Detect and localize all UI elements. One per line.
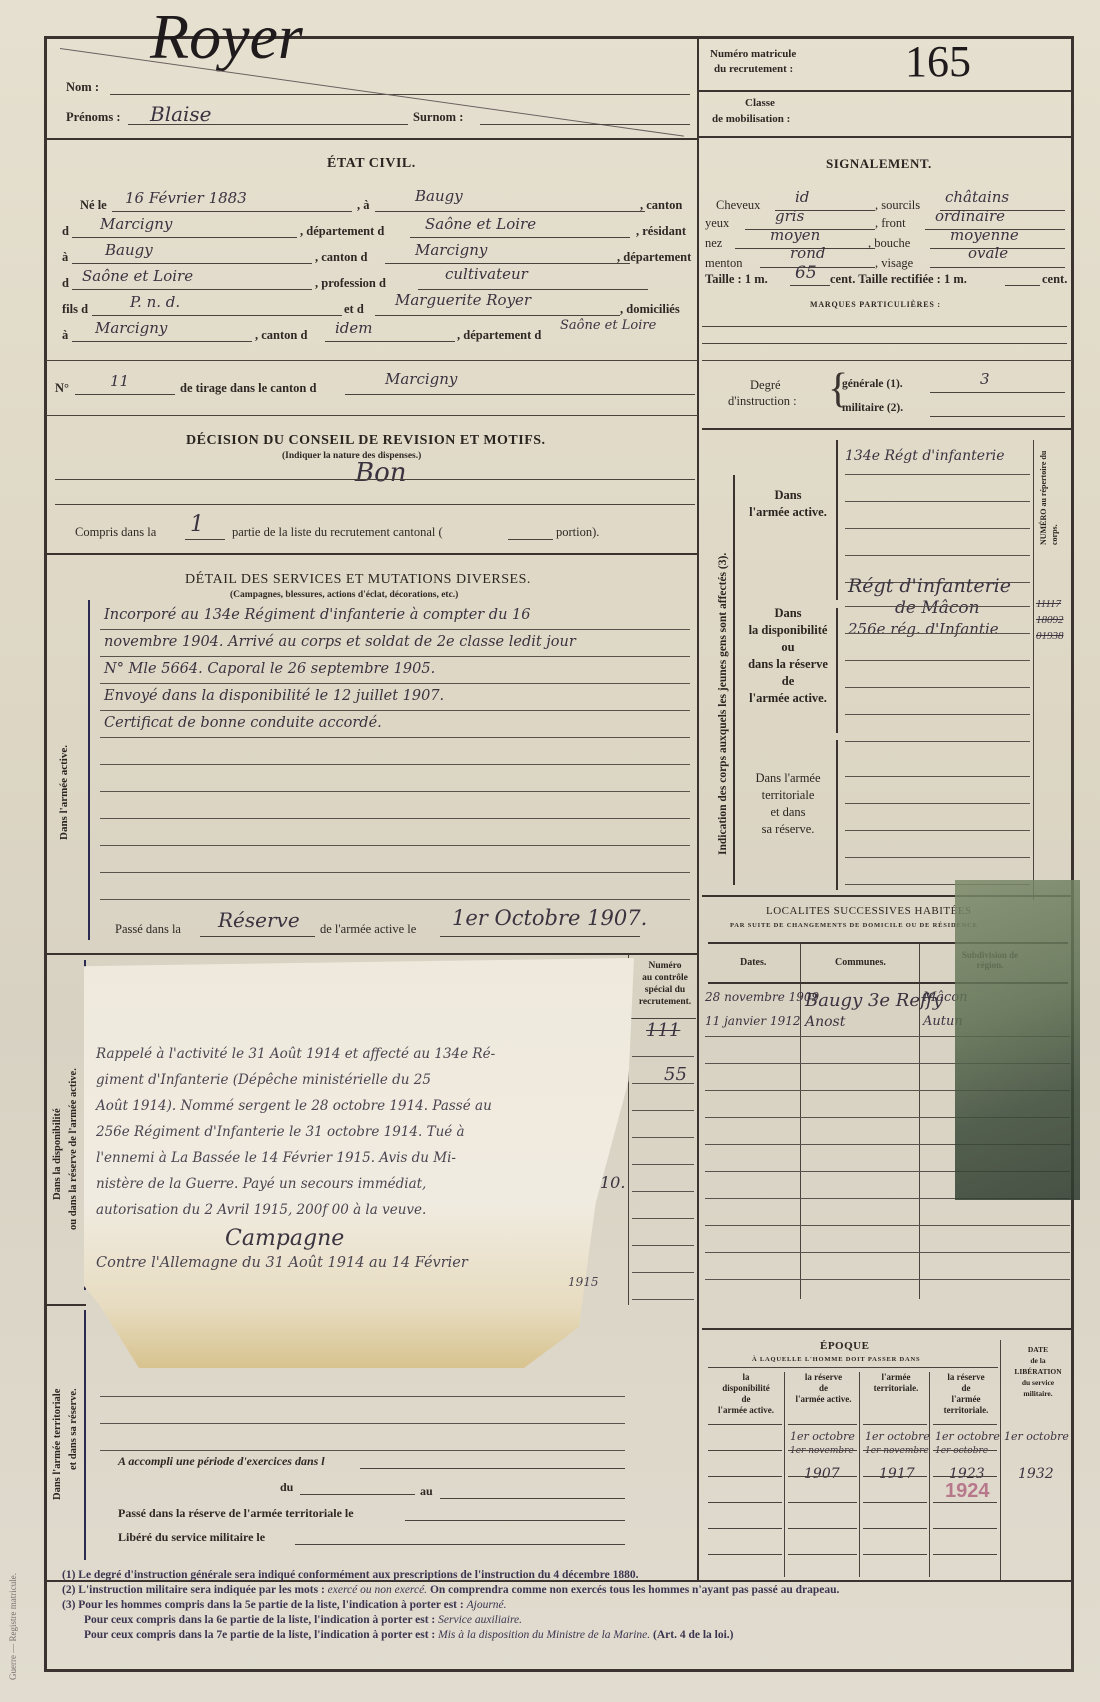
- divider: [702, 428, 1072, 430]
- epoque-col-header: la réservedel'armée active.: [786, 1372, 861, 1405]
- accompli-label: A accompli une période d'exercices dans …: [118, 1454, 325, 1469]
- passe-value: Réserve: [218, 908, 300, 932]
- field-line: [72, 237, 297, 238]
- service-line: novembre 1904. Arrivé au corps et soldat…: [104, 631, 694, 658]
- column-divider: [697, 38, 699, 1580]
- epoque-col-header-line: territoriale.: [861, 1383, 931, 1394]
- bouche-label: , bouche: [868, 236, 910, 251]
- slip-line: autorisation du 2 Avril 1915, 200f 00 à …: [96, 1198, 636, 1224]
- marques-label: MARQUES PARTICULIÈRES :: [810, 300, 941, 309]
- field-line: [1005, 285, 1040, 286]
- service-line: Incorporé au 134e Régiment d'infanterie …: [104, 604, 694, 631]
- footnote-2: (2) L'instruction militaire sera indiqué…: [62, 1583, 839, 1598]
- field-line: [760, 267, 875, 268]
- nom-label: Nom :: [66, 80, 99, 95]
- epoque-row-line: [708, 1450, 782, 1451]
- epoque-value-top: 1er octobre: [935, 1430, 1000, 1443]
- decision-title: DÉCISION DU CONSEIL DE REVISION ET MOTIF…: [186, 433, 546, 449]
- dispo-brace: [836, 608, 838, 733]
- field-line: [418, 289, 648, 290]
- sourcils-label: , sourcils: [875, 198, 920, 213]
- field-line: [200, 936, 315, 937]
- liberation-value-year: 1932: [1018, 1466, 1054, 1482]
- dom-a-label: à: [62, 328, 68, 343]
- footnote-3-italic: Ajourné.: [467, 1599, 507, 1611]
- epoque-col-header-line: la réserve: [786, 1372, 861, 1383]
- active-label-line: l'armée active.: [738, 504, 838, 521]
- divider: [702, 1328, 1072, 1330]
- epoque-row-line: [788, 1476, 857, 1477]
- a-value: Baugy: [415, 187, 463, 205]
- dispo-label-line: ou: [738, 639, 838, 656]
- dispo-label-line: Dans: [738, 605, 838, 622]
- passe-territoriale-label: Passé dans la réserve de l'armée territo…: [118, 1506, 354, 1521]
- field-line: [375, 211, 645, 212]
- departement2-d-label: d: [62, 276, 69, 291]
- epoque-col-line: [859, 1372, 860, 1577]
- field-line: [55, 479, 695, 480]
- territoriale-label-line: et dans: [738, 804, 838, 821]
- passe-mid-label: de l'armée active le: [320, 922, 416, 937]
- footnote-2-text: (2) L'instruction militaire sera indiqué…: [62, 1584, 325, 1596]
- canton-label: , canton: [640, 198, 682, 213]
- field-line: [405, 1520, 625, 1521]
- epoque-row-line: [708, 1554, 782, 1555]
- etat-civil-title: ÉTAT CIVIL.: [327, 156, 416, 172]
- epoque-row-line: [863, 1450, 927, 1451]
- domicilies-label: , domiciliés: [620, 302, 680, 317]
- controle-label-line: au contrôle: [634, 972, 696, 984]
- field-line: [702, 343, 1067, 344]
- epoque-row-line: [933, 1476, 997, 1477]
- date-title-line: DATE: [1004, 1344, 1072, 1355]
- du-label: du: [280, 1480, 293, 1495]
- field-line: [185, 539, 225, 540]
- reserve-side-label-1: Dans la disponibilité: [52, 1108, 63, 1200]
- controle-label: Numéroau contrôlespécial durecrutement.: [634, 960, 696, 1008]
- epoque-col-line: [929, 1372, 930, 1577]
- field-line: [930, 416, 1065, 417]
- epoque-row-line: [708, 1424, 782, 1425]
- divider: [699, 136, 1072, 138]
- epoque-col-header-line: l'armée: [931, 1394, 1001, 1405]
- slip-line: 256e Régiment d'Infanterie le 31 octobre…: [96, 1120, 636, 1146]
- footnote-5-text: Pour ceux compris dans la 7e partie de l…: [84, 1629, 435, 1641]
- epoque-col-header: la réservedel'arméeterritoriale.: [931, 1372, 1001, 1416]
- epoque-col-header-line: l'armée active.: [786, 1394, 861, 1405]
- residant-value: Baugy: [105, 241, 153, 259]
- epoque-row-line: [933, 1502, 997, 1503]
- epoque-col-header-line: territoriale.: [931, 1405, 1001, 1416]
- territoriale-brace: [836, 740, 838, 890]
- epoque-row-line: [933, 1424, 997, 1425]
- bouche-value: moyenne: [950, 226, 1019, 244]
- dom-canton-label: , canton d: [255, 328, 307, 343]
- divider: [46, 1304, 86, 1306]
- epoque-col-header-line: de: [931, 1383, 1001, 1394]
- margin-mark: 10.: [600, 1173, 625, 1192]
- divider: [46, 953, 698, 955]
- departement2-label: , département: [617, 250, 691, 265]
- epoque-row-line: [933, 1528, 997, 1529]
- footnote-5-italic: Mis à la disposition du Ministre de la M…: [438, 1629, 650, 1641]
- field-line: [360, 1468, 625, 1469]
- territoriale-side-label-2: et dans sa réserve.: [68, 1388, 79, 1470]
- matricule-value: 165: [905, 36, 971, 87]
- residant-a-label: à: [62, 250, 68, 265]
- active-ruled-lines: [845, 448, 1030, 583]
- slip-line: giment d'Infanterie (Dépêche ministériel…: [96, 1068, 636, 1094]
- localites-subtitle: PAR SUITE DE CHANGEMENTS DE DOMICILE OU …: [730, 922, 978, 929]
- campagne-line: Contre l'Allemagne du 31 Août 1914 au 14…: [96, 1255, 468, 1271]
- epoque-col-header-line: la: [706, 1372, 786, 1383]
- service-line: Envoyé dans la disponibilité le 12 juill…: [104, 685, 694, 712]
- sourcils-value: châtains: [945, 188, 1009, 206]
- footnote-5-rest: (Art. 4 de la loi.): [653, 1629, 733, 1641]
- territoriale-ruled-lines: [100, 1370, 625, 1451]
- footnote-4-italic: Service auxiliaire.: [438, 1614, 522, 1626]
- epoque-value-day: 1er novembre: [790, 1446, 854, 1456]
- controle-label-line: spécial du: [634, 984, 696, 996]
- taille-label: Taille : 1 m.: [705, 272, 768, 287]
- front-label: , front: [875, 216, 906, 231]
- ne-le-label: Né le: [80, 198, 107, 213]
- dom-value: Marcigny: [95, 319, 167, 337]
- field-line: [55, 504, 695, 505]
- date-title-line: LIBÉRATION: [1004, 1366, 1072, 1377]
- tirage-canton-value: Marcigny: [385, 370, 457, 388]
- footnote-3: (3) Pour les hommes compris dans la 5e p…: [62, 1598, 839, 1613]
- epoque-row-line: [708, 1502, 782, 1503]
- slip-line: l'ennemi à La Bassée le 14 Février 1915.…: [96, 1146, 636, 1172]
- epoque-col-line: [784, 1372, 785, 1577]
- territoriale-corps-ruled-lines: [845, 750, 1030, 885]
- footnote-2-italic: exercé ou non exercé.: [328, 1584, 427, 1596]
- localites-col-communes: Communes.: [835, 957, 886, 968]
- campagne-title: Campagne: [225, 1226, 344, 1251]
- au-label: au: [420, 1484, 433, 1499]
- field-line: [930, 392, 1065, 393]
- field-line: [440, 936, 640, 937]
- field-line: [375, 315, 620, 316]
- localites-date: 28 novembre 1909: [705, 990, 819, 1004]
- field-line: [300, 1494, 415, 1495]
- epoque-table: ladisponibilitédel'armée active.la réser…: [702, 1372, 1002, 1577]
- controle-ruled-lines: [632, 1030, 694, 1300]
- field-line: [410, 237, 630, 238]
- active-brace: [836, 440, 838, 600]
- canton2-label: , canton d: [315, 250, 367, 265]
- classe-label-2: de mobilisation :: [712, 113, 790, 125]
- epoque-col-header-line: de: [786, 1383, 861, 1394]
- compris-suffix: partie de la liste du recrutement canton…: [232, 525, 443, 540]
- epoque-col-header-line: disponibilité: [706, 1383, 786, 1394]
- residant-label: , résidant: [636, 224, 686, 239]
- corps-bracket: [733, 475, 735, 885]
- dispo-label-line: l'armée active.: [738, 690, 838, 707]
- epoque-col-header-line: de: [706, 1394, 786, 1405]
- date-title-line: militaire.: [1004, 1388, 1072, 1399]
- canton-value: Marcigny: [100, 215, 172, 233]
- canton2-value: Marcigny: [415, 241, 487, 259]
- epoque-title: ÉPOQUE: [820, 1340, 869, 1352]
- margin-registre-text: Guerre — Registre matricule.: [8, 1573, 18, 1680]
- field-line: [295, 1544, 625, 1545]
- epoque-row-line: [708, 1528, 782, 1529]
- degre-label-1: Degré: [750, 378, 781, 393]
- compris-label: Compris dans la: [75, 525, 156, 540]
- prenoms-value: Blaise: [150, 102, 212, 126]
- field-line: [385, 263, 630, 264]
- divider: [46, 138, 698, 140]
- footnote-4: Pour ceux compris dans la 6e partie de l…: [62, 1613, 839, 1628]
- epoque-value-day: 1er octobre: [935, 1446, 988, 1456]
- decision-value: Bon: [355, 458, 407, 488]
- localites-col-dates: Dates.: [740, 957, 766, 968]
- corps-vertical-label: Indication des corps auxquels les jeunes…: [717, 553, 729, 855]
- passe-date: 1er Octobre 1907.: [452, 906, 647, 930]
- field-line: [92, 315, 342, 316]
- territoriale-side-label-1: Dans l'armée territoriale: [52, 1389, 63, 1500]
- controle-label-line: Numéro: [634, 960, 696, 972]
- departement2-value: Saône et Loire: [82, 267, 193, 285]
- field-line: [72, 263, 312, 264]
- tirage-label: de tirage dans le canton d: [180, 381, 316, 396]
- epoque-value-day: 1er novembre: [865, 1446, 929, 1456]
- footnotes: (1) Le degré d'instruction générale sera…: [62, 1568, 839, 1643]
- cheveux-label: Cheveux: [716, 198, 760, 213]
- field-line: [75, 394, 175, 395]
- passe-label: Passé dans la: [115, 922, 181, 937]
- epoque-col-header: ladisponibilitédel'armée active.: [706, 1372, 786, 1416]
- libere-label: Libéré du service militaire le: [118, 1530, 265, 1545]
- territoriale-corps-label: Dans l'arméeterritorialeet danssa réserv…: [738, 770, 838, 838]
- active-label: Dansl'armée active.: [738, 487, 838, 521]
- epoque-row-line: [788, 1554, 857, 1555]
- mere-value: Marguerite Royer: [395, 291, 531, 309]
- divider: [699, 90, 1072, 92]
- nez-value: moyen: [770, 226, 820, 244]
- surnom-label: Surnom :: [413, 110, 463, 125]
- epoque-col-header: l'arméeterritoriale.: [861, 1372, 931, 1394]
- slip-line: nistère de la Guerre. Payé un secours im…: [96, 1172, 636, 1198]
- epoque-row-line: [933, 1554, 997, 1555]
- field-line: [702, 326, 1067, 327]
- services-title: DÉTAIL DES SERVICES ET MUTATIONS DIVERSE…: [185, 572, 531, 588]
- divider: [708, 1367, 998, 1368]
- generale-value: 3: [980, 370, 990, 388]
- epoque-row-line: [933, 1450, 997, 1451]
- epoque-row-line: [863, 1554, 927, 1555]
- corps-numero: 11117: [1036, 596, 1064, 612]
- menton-value: rond: [790, 244, 825, 262]
- active-label-line: Dans: [738, 487, 838, 504]
- territoriale-label-line: sa réserve.: [738, 821, 838, 838]
- services-bracket: [88, 600, 90, 940]
- generale-label: générale (1).: [842, 378, 903, 390]
- prenoms-label: Prénoms :: [66, 110, 121, 125]
- controle-label-line: recrutement.: [634, 996, 696, 1008]
- departement-value: Saône et Loire: [425, 215, 536, 233]
- footnote-4-text: Pour ceux compris dans la 6e partie de l…: [84, 1614, 435, 1626]
- surnom-line: [480, 124, 690, 125]
- dom-dept-value: Saône et Loire: [560, 318, 656, 333]
- epoque-col-header-line: l'armée: [861, 1372, 931, 1383]
- yeux-value: gris: [775, 207, 804, 225]
- epoque-stamp: 1924: [945, 1480, 990, 1503]
- services-handwriting: Incorporé au 134e Régiment d'infanterie …: [104, 604, 694, 739]
- epoque-row-line: [788, 1424, 857, 1425]
- field-line: [112, 211, 352, 212]
- services-side-label: Dans l'armée active.: [58, 745, 70, 840]
- dom-dept-label: , département d: [457, 328, 541, 343]
- divider: [46, 415, 698, 416]
- slip-handwriting: Rappelé à l'activité le 31 Août 1914 et …: [96, 1042, 636, 1224]
- menton-label: menton: [705, 256, 743, 271]
- dispo-ruled-lines: [845, 580, 1030, 742]
- service-line: Certificat de bonne conduite accordé.: [104, 712, 694, 739]
- nez-label: nez: [705, 236, 722, 251]
- dom-canton-value: idem: [335, 319, 373, 337]
- corps-numeros: 111171809201938: [1036, 596, 1064, 644]
- cheveux-value: id: [795, 188, 809, 206]
- dispo-label: Dansla disponibilitéoudans la réservedel…: [738, 605, 838, 707]
- liberation-value-top: 1er octobre: [1004, 1430, 1069, 1443]
- numero-column-line: [1033, 440, 1034, 900]
- stain-patch: [955, 880, 1080, 1200]
- signalement-title: SIGNALEMENT.: [826, 156, 932, 172]
- divider: [702, 360, 1072, 361]
- pere-value: P. n. d.: [130, 293, 180, 311]
- profession-label: , profession d: [315, 276, 386, 291]
- matricule-label-1: Numéro matricule: [710, 48, 796, 60]
- tirage-no-value: 11: [110, 372, 129, 390]
- visage-value: ovale: [968, 244, 1008, 262]
- reserve-side-label-2: ou dans la réserve de l'armée active.: [68, 1068, 79, 1230]
- profession-value: cultivateur: [445, 265, 528, 283]
- slip-line: Août 1914). Nommé sergent le 28 octobre …: [96, 1094, 636, 1120]
- service-line: N° Mle 5664. Caporal le 26 septembre 190…: [104, 658, 694, 685]
- classe-label-1: Classe: [745, 97, 775, 109]
- field-line: [72, 341, 252, 342]
- corps-numero: 18092: [1036, 612, 1064, 628]
- visage-label: , visage: [875, 256, 913, 271]
- epoque-row-line: [708, 1476, 782, 1477]
- dispo-label-line: la disponibilité: [738, 622, 838, 639]
- dispo-label-line: dans la réserve: [738, 656, 838, 673]
- epoque-row-line: [788, 1528, 857, 1529]
- territoriale-label-line: territoriale: [738, 787, 838, 804]
- front-value: ordinaire: [935, 207, 1005, 225]
- epoque-row-line: [863, 1476, 927, 1477]
- epoque-col-header-line: la réserve: [931, 1372, 1001, 1383]
- services-subtitle: (Campagnes, blessures, actions d'éclat, …: [230, 590, 458, 600]
- matricule-label-2: du recrutement :: [714, 63, 793, 75]
- canton-d-label: d: [62, 224, 69, 239]
- degre-label-2: d'instruction :: [728, 394, 797, 409]
- field-line: [930, 267, 1065, 268]
- field-line: [630, 1018, 696, 1019]
- epoque-value-top: 1er octobre: [865, 1430, 930, 1443]
- territoriale-label-line: Dans l'armée: [738, 770, 838, 787]
- epoque-row-line: [788, 1450, 857, 1451]
- cent-label: cent.: [1042, 272, 1067, 287]
- a-label: , à: [357, 198, 370, 213]
- departement-label: , département d: [300, 224, 384, 239]
- ne-le-value: 16 Février 1883: [125, 189, 247, 207]
- militaire-label: militaire (2).: [842, 402, 903, 414]
- taille-suffix: cent. Taille rectifiée : 1 m.: [830, 272, 967, 287]
- divider: [46, 360, 698, 361]
- campagne-year: 1915: [568, 1275, 599, 1289]
- field-line: [345, 394, 695, 395]
- footnote-3-text: (3) Pour les hommes compris dans la 5e p…: [62, 1599, 464, 1611]
- epoque-value-top: 1er octobre: [790, 1430, 855, 1443]
- field-line: [790, 285, 830, 286]
- field-line: [508, 539, 553, 540]
- field-line: [325, 341, 455, 342]
- portion-suffix: portion).: [556, 525, 599, 540]
- tirage-no-label: N°: [55, 381, 69, 396]
- numero-label: NUMÉRO au répertoire du corps.: [1038, 435, 1060, 545]
- footnote-2-rest: On comprendra comme non exercés tous les…: [430, 1584, 839, 1596]
- field-line: [72, 289, 312, 290]
- territoriale-bracket: [84, 1310, 86, 1560]
- epoque-row-line: [863, 1502, 927, 1503]
- field-line: [440, 1498, 625, 1499]
- epoque-value-year: 1917: [879, 1466, 915, 1482]
- epoque-row-line: [788, 1502, 857, 1503]
- compris-value: 1: [190, 512, 204, 537]
- date-title-line: du service: [1004, 1377, 1072, 1388]
- epoque-date-title: DATEde laLIBÉRATIONdu servicemilitaire.: [1004, 1344, 1072, 1399]
- et-label: et d: [344, 302, 364, 317]
- localites-title: LOCALITES SUCCESSIVES HABITÉES: [766, 905, 972, 917]
- epoque-row-line: [863, 1424, 927, 1425]
- footnote-1: (1) Le degré d'instruction générale sera…: [62, 1568, 839, 1583]
- taille-value: 65: [795, 263, 817, 283]
- epoque-row-line: [863, 1528, 927, 1529]
- dispo-label-line: de: [738, 673, 838, 690]
- footnote-5: Pour ceux compris dans la 7e partie de l…: [62, 1628, 839, 1643]
- epoque-subtitle: À LAQUELLE L'HOMME DOIT PASSER DANS: [752, 1356, 920, 1363]
- fils-label: fils d: [62, 302, 88, 317]
- epoque-col-header-line: l'armée active.: [706, 1405, 786, 1416]
- slip-line: Rappelé à l'activité le 31 Août 1914 et …: [96, 1042, 636, 1068]
- divider: [46, 553, 698, 555]
- epoque-value-year: 1907: [804, 1466, 840, 1482]
- date-title-line: de la: [1004, 1355, 1072, 1366]
- corps-numero: 01938: [1036, 628, 1064, 644]
- yeux-label: yeux: [705, 216, 729, 231]
